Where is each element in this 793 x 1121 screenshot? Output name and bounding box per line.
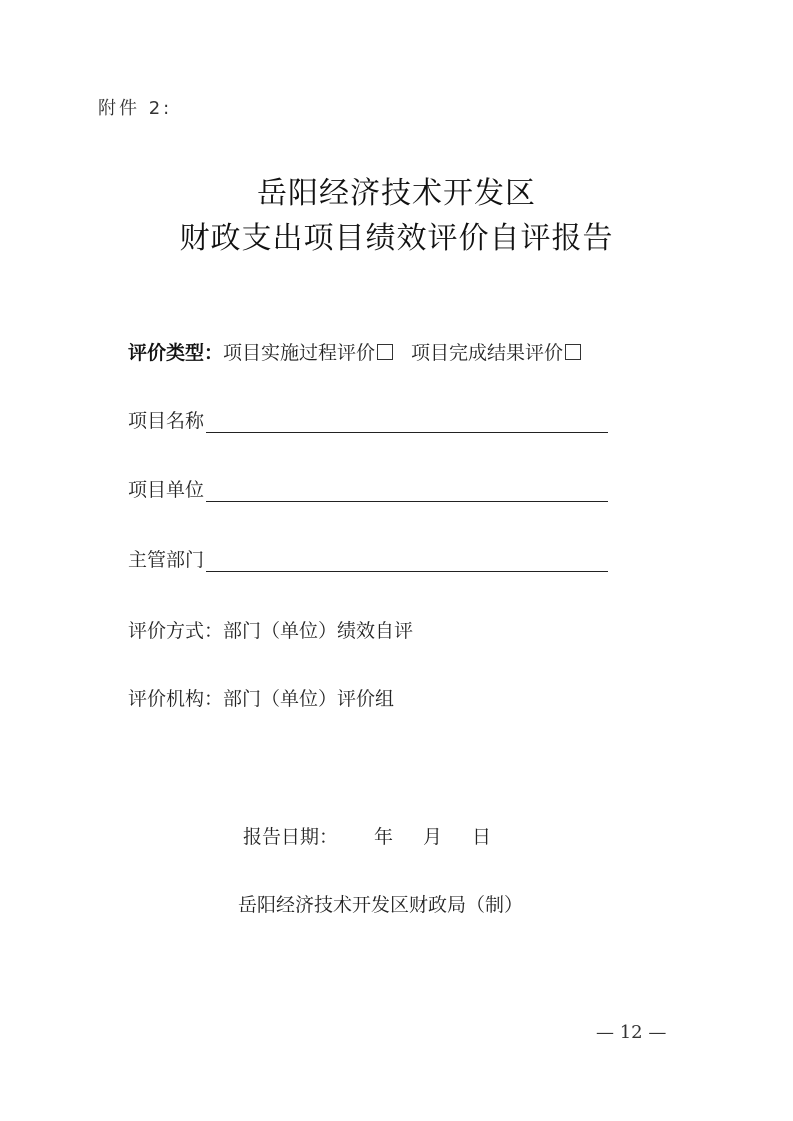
report-date-row: 报告日期：年月日	[243, 822, 491, 849]
project-name-field: 项目名称	[128, 406, 608, 433]
document-title-line1: 岳阳经济技术开发区	[0, 168, 793, 212]
result-evaluation-checkbox[interactable]	[565, 344, 581, 360]
project-unit-input-line[interactable]	[206, 479, 608, 502]
document-title-line2: 财政支出项目绩效评价自评报告	[0, 213, 793, 257]
day-label: 日	[472, 826, 491, 848]
project-name-input-line[interactable]	[206, 410, 608, 433]
page-number: — 12 —	[596, 1022, 666, 1043]
evaluation-method-label: 评价方式：	[128, 620, 223, 642]
project-unit-label: 项目单位	[128, 475, 204, 502]
supervising-department-field: 主管部门	[128, 545, 608, 572]
supervising-department-label: 主管部门	[128, 545, 204, 572]
project-unit-field: 项目单位	[128, 475, 608, 502]
month-label: 月	[423, 826, 442, 848]
attachment-label: 附件 2:	[98, 94, 172, 120]
evaluation-method-row: 评价方式：部门（单位）绩效自评	[128, 616, 413, 643]
evaluation-agency-label: 评价机构：	[128, 688, 223, 710]
project-name-label: 项目名称	[128, 406, 204, 433]
evaluation-agency-row: 评价机构：部门（单位）评价组	[128, 684, 394, 711]
year-label: 年	[374, 826, 393, 848]
process-evaluation-checkbox[interactable]	[377, 344, 393, 360]
supervising-department-input-line[interactable]	[206, 549, 608, 572]
evaluation-method-value: 部门（单位）绩效自评	[223, 620, 413, 642]
report-date-label: 报告日期：	[243, 826, 338, 848]
evaluation-type-row: 评价类型：项目实施过程评价项目完成结果评价	[128, 338, 581, 365]
evaluation-type-label: 评价类型：	[128, 342, 223, 364]
option-result-evaluation-label: 项目完成结果评价	[411, 342, 563, 364]
evaluation-agency-value: 部门（单位）评价组	[223, 688, 394, 710]
issuer-label: 岳阳经济技术开发区财政局（制）	[238, 890, 523, 917]
option-process-evaluation-label: 项目实施过程评价	[223, 342, 375, 364]
